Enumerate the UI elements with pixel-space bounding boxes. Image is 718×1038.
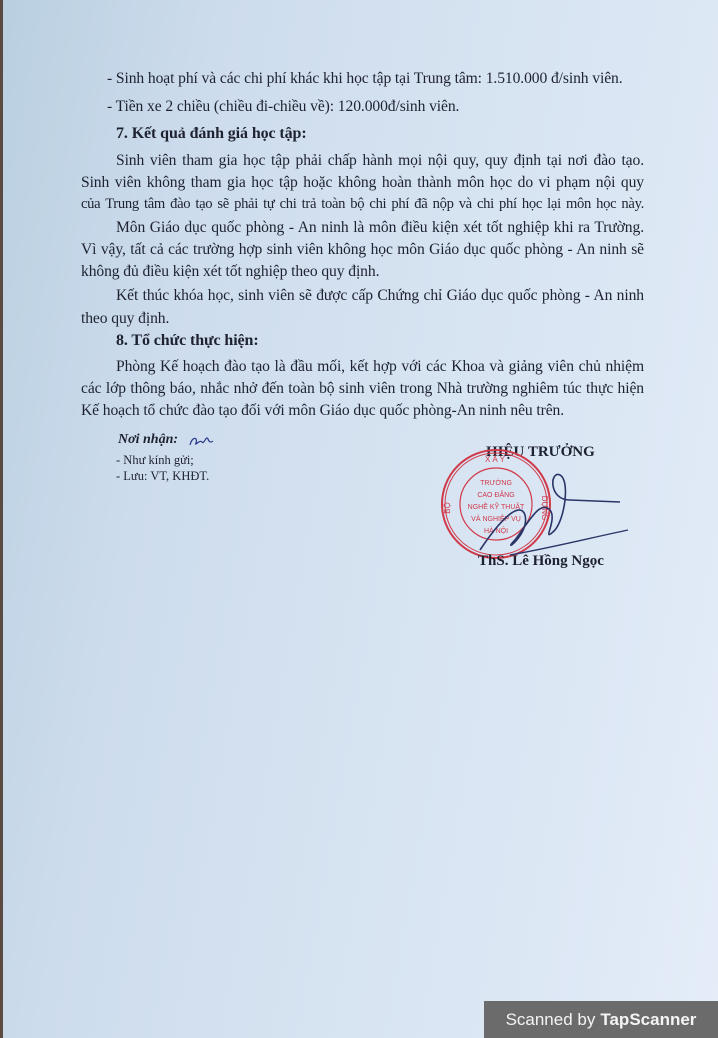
recipient-item: - Như kính gửi;: [116, 453, 194, 468]
recipients-title: Nơi nhận:: [118, 432, 178, 448]
section-8-heading: 8. Tổ chức thực hiện:: [116, 332, 259, 350]
paragraph-line: các lớp thông báo, nhắc nhở đến toàn bộ …: [81, 380, 644, 398]
paragraph-line: theo quy định.: [81, 310, 169, 328]
signer-name: ThS. Lê Hồng Ngọc: [478, 553, 604, 570]
paragraph-line: Môn Giáo dục quốc phòng - An ninh là môn…: [116, 219, 644, 237]
paragraph-line: của Trung tâm đào tạo sẽ phải tự chi trả…: [81, 196, 644, 213]
watermark-prefix: Scanned by: [506, 1010, 596, 1030]
scanner-watermark: Scanned by TapScanner: [484, 1001, 718, 1038]
scanned-document-page: - Sinh hoạt phí và các chi phí khác khi …: [0, 0, 718, 1038]
recipient-item: - Lưu: VT, KHĐT.: [116, 469, 209, 484]
initial-signature-icon: [188, 433, 214, 449]
fee-item: - Sinh hoạt phí và các chi phí khác khi …: [107, 70, 623, 88]
paragraph-line: Phòng Kế hoạch đào tạo là đầu mối, kết h…: [116, 358, 644, 376]
fee-item: - Tiền xe 2 chiều (chiều đi-chiều về): 1…: [107, 98, 459, 116]
paragraph-line: không đủ điều kiện xét tốt nghiệp theo q…: [81, 263, 379, 281]
svg-text:BỘ: BỘ: [443, 502, 452, 514]
paragraph-line: Vì vậy, tất cả các trường hợp sinh viên …: [81, 241, 644, 259]
paragraph-line: Sinh viên không tham gia học tập hoặc kh…: [81, 174, 644, 192]
paragraph-line: Sinh viên tham gia học tập phải chấp hàn…: [116, 152, 644, 170]
section-7-heading: 7. Kết quả đánh giá học tập:: [116, 125, 307, 143]
watermark-brand: TapScanner: [600, 1010, 696, 1030]
paragraph-line: Kế hoạch tổ chức đào tạo đối với môn Giá…: [81, 402, 564, 420]
paragraph-line: Kết thúc khóa học, sinh viên sẽ được cấp…: [116, 287, 644, 305]
